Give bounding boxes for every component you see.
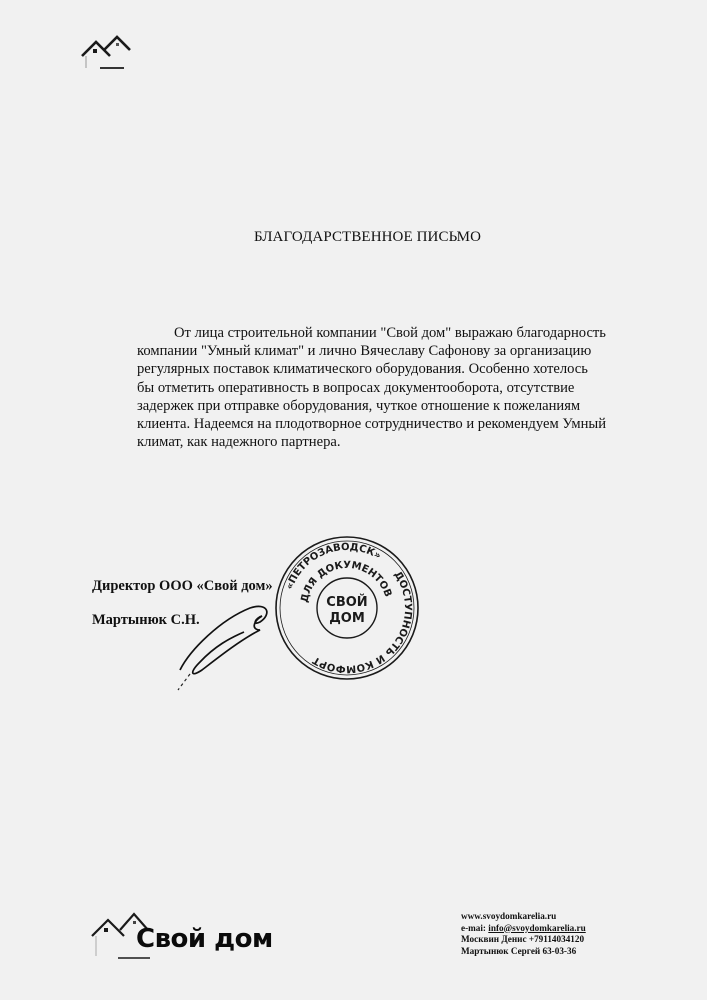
contact-person-2: Мартынюк Сергей 63-03-36 bbox=[461, 946, 586, 958]
house-logo-icon bbox=[80, 30, 136, 72]
contact-person-1: Москвин Денис +79114034120 bbox=[461, 934, 586, 946]
director-title: Директор ООО «Свой дом» bbox=[92, 578, 273, 595]
email-line: e-mai: info@svoydomkarelia.ru bbox=[461, 923, 586, 935]
letter-body: От лица строительной компании "Свой дом"… bbox=[137, 324, 607, 451]
contact-block: www.svoydomkarelia.ru e-mai: info@svoydo… bbox=[461, 911, 586, 957]
letter-paragraph: От лица строительной компании "Свой дом"… bbox=[137, 324, 607, 451]
letter-title: БЛАГОДАРСТВЕННОЕ ПИСЬМО bbox=[0, 229, 707, 246]
signature-icon bbox=[160, 600, 280, 695]
company-stamp: «ПЕТРОЗАВОДСК» ДОСТУПНОСТЬ И КОМФОРТ ДЛЯ… bbox=[272, 533, 422, 683]
brand-name: Свой дом bbox=[136, 924, 273, 954]
website-link[interactable]: www.svoydomkarelia.ru bbox=[461, 911, 586, 923]
email-label: e-mai: bbox=[461, 923, 486, 933]
email-link[interactable]: info@svoydomkarelia.ru bbox=[488, 923, 585, 933]
svg-text:СВОЙ: СВОЙ bbox=[326, 594, 367, 610]
svg-text:ДОМ: ДОМ bbox=[329, 611, 365, 626]
